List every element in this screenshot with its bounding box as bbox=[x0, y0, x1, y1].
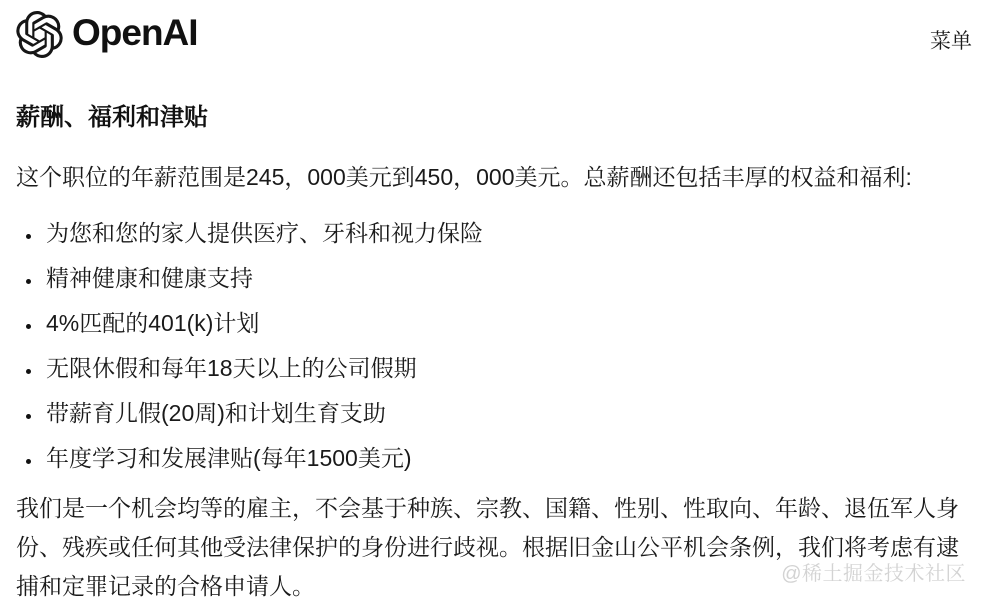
openai-logo-icon bbox=[16, 11, 63, 58]
benefit-item: 带薪育儿假(20周)和计划生育支助 bbox=[43, 399, 972, 428]
benefit-item: 精神健康和健康支持 bbox=[43, 264, 972, 293]
benefit-item: 为您和您的家人提供医疗、牙科和视力保险 bbox=[43, 219, 972, 248]
benefit-item: 4%匹配的401(k)计划 bbox=[43, 309, 972, 338]
benefit-item: 无限休假和每年18天以上的公司假期 bbox=[43, 354, 972, 383]
page-header: OpenAI 菜单 bbox=[16, 0, 972, 58]
openai-wordmark: OpenAI bbox=[72, 14, 198, 55]
openai-logo[interactable]: OpenAI bbox=[16, 11, 198, 58]
job-posting-page: OpenAI 菜单 薪酬、福利和津贴 这个职位的年薪范围是245，000美元到4… bbox=[0, 0, 988, 598]
salary-intro-paragraph: 这个职位的年薪范围是245，000美元到450，000美元。总薪酬还包括丰厚的权… bbox=[16, 162, 972, 192]
benefits-list: 为您和您的家人提供医疗、牙科和视力保险 精神健康和健康支持 4%匹配的401(k… bbox=[16, 219, 972, 473]
watermark: @稀土掘金技术社区 bbox=[781, 557, 966, 586]
benefit-item: 年度学习和发展津贴(每年1500美元) bbox=[43, 444, 972, 473]
menu-button[interactable]: 菜单 bbox=[930, 25, 972, 55]
section-heading: 薪酬、福利和津贴 bbox=[16, 103, 972, 133]
